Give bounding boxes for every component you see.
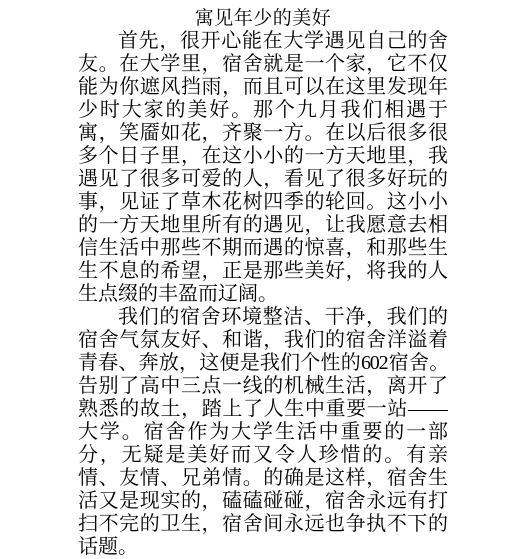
text-line: 首先，很开心能在大学遇见自己的舍 <box>78 30 448 53</box>
text-line: 友。在大学里，宿舍就是一个家，它不仅 <box>78 53 448 76</box>
text-line: 扫不完的卫生，宿舍间永远也争执不下的 <box>78 513 448 536</box>
text-line: 寓，笑靥如花，齐聚一方。在以后很多很 <box>78 122 448 145</box>
paragraph-1: 首先，很开心能在大学遇见自己的舍 友。在大学里，宿舍就是一个家，它不仅 能为你遮… <box>78 30 448 306</box>
document-title: 寓见年少的美好 <box>78 7 448 30</box>
text-line: 活又是现实的，磕磕碰碰，宿舍永远有打 <box>78 490 448 513</box>
text-line: 大学。宿舍作为大学生活中重要的一部 <box>78 421 448 444</box>
text-line: 宿舍气氛友好、和谐，我们的宿舍洋溢着 <box>78 329 448 352</box>
text-line: 生点缀的丰盈而辽阔。 <box>78 283 448 306</box>
text-line: 情、友情、兄弟情。的确是这样，宿舍生 <box>78 467 448 490</box>
text-line: 话题。 <box>78 536 448 559</box>
text-line: 信生活中那些不期而遇的惊喜，和那些生 <box>78 237 448 260</box>
text-column: 寓见年少的美好 首先，很开心能在大学遇见自己的舍 友。在大学里，宿舍就是一个家，… <box>78 7 448 559</box>
text-line: 多个日子里，在这小小的一方天地里，我 <box>78 145 448 168</box>
text-line: 的一方天地里所有的遇见，让我愿意去相 <box>78 214 448 237</box>
paragraph-2: 我们的宿舍环境整洁、干净，我们的 宿舍气氛友好、和谐，我们的宿舍洋溢着 青春、奔… <box>78 306 448 559</box>
text-line: 少时大家的美好。那个九月我们相遇于 <box>78 99 448 122</box>
text-line: 能为你遮风挡雨，而且可以在这里发现年 <box>78 76 448 99</box>
text-line: 分，无疑是美好而又令人珍惜的。有亲 <box>78 444 448 467</box>
text-line: 熟悉的故土，踏上了人生中重要一站—— <box>78 398 448 421</box>
text-line: 生不息的希望，正是那些美好，将我的人 <box>78 260 448 283</box>
text-line: 事，见证了草木花树四季的轮回。这小小 <box>78 191 448 214</box>
text-line: 青春、奔放，这便是我们个性的602宿舍。 <box>78 352 448 375</box>
text-line: 我们的宿舍环境整洁、干净，我们的 <box>78 306 448 329</box>
text-line: 告别了高中三点一线的机械生活，离开了 <box>78 375 448 398</box>
text-line: 遇见了很多可爱的人，看见了很多好玩的 <box>78 168 448 191</box>
document-page: 寓见年少的美好 首先，很开心能在大学遇见自己的舍 友。在大学里，宿舍就是一个家，… <box>0 0 526 559</box>
